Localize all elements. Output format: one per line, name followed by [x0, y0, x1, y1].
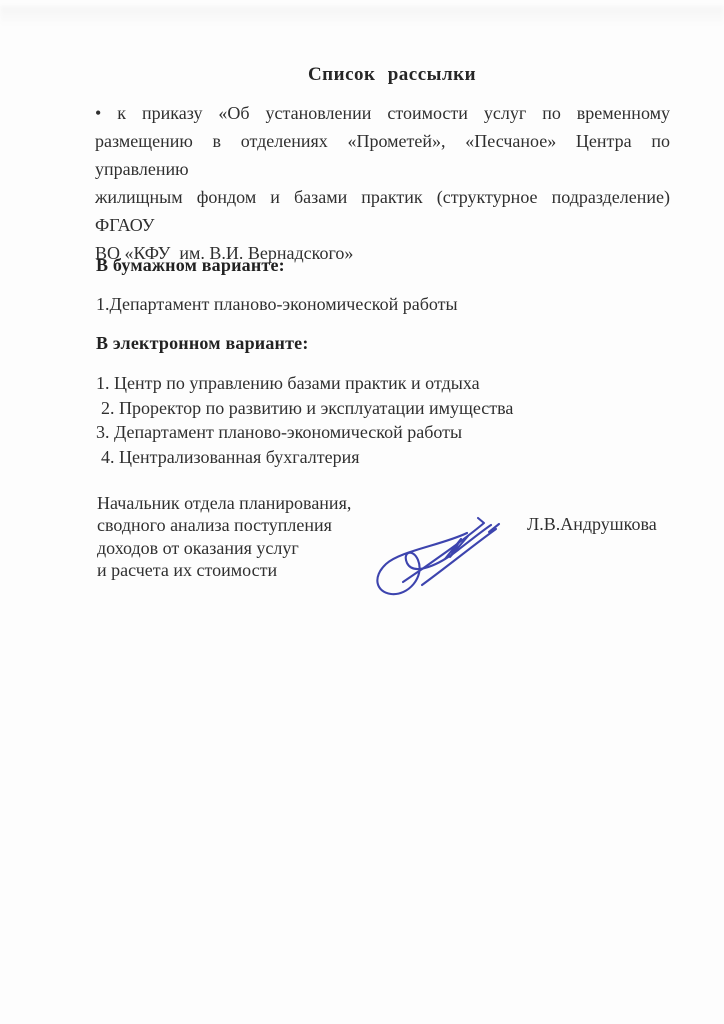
intro-paragraph: • к приказу «Об установлении стоимости у… [95, 99, 670, 267]
list-item: 2. Проректор по развитию и эксплуатации … [96, 396, 513, 421]
intro-line: жилищным фондом и базами практик (структ… [95, 183, 670, 239]
section-heading-paper: В бумажном варианте: [96, 255, 285, 276]
scan-edge-shading [0, 6, 724, 28]
paper-section-item: 1.Департамент планово-экономической рабо… [96, 294, 458, 315]
list-item: 3. Департамент планово-экономической раб… [96, 420, 513, 445]
bullet-marker: • [95, 103, 101, 123]
list-item: 1. Центр по управлению базами практик и … [96, 371, 513, 396]
intro-line: размещению в отделениях «Прометей», «Пес… [95, 127, 670, 183]
section-heading-electronic: В электронном варианте: [96, 333, 309, 354]
list-item: 4. Централизованная бухгалтерия [96, 445, 513, 470]
electronic-section-list: 1. Центр по управлению базами практик и … [96, 371, 513, 469]
signer-position-line: и расчета их стоимости [97, 559, 351, 581]
document-title: Список рассылки [30, 64, 724, 86]
signer-position-line: сводного анализа поступления [97, 514, 351, 536]
signer-position-line: Начальник отдела планирования, [97, 492, 351, 514]
scanned-document-page: Список рассылки • к приказу «Об установл… [0, 0, 724, 1024]
signer-position-line: доходов от оказания услуг [97, 537, 351, 559]
intro-line: • к приказу «Об установлении стоимости у… [95, 99, 670, 127]
signer-position-block: Начальник отдела планирования, сводного … [97, 492, 351, 582]
handwritten-signature-icon [368, 502, 513, 604]
intro-line-text: к приказу «Об установлении стоимости усл… [117, 103, 670, 123]
signer-name: Л.В.Андрушкова [527, 514, 657, 535]
